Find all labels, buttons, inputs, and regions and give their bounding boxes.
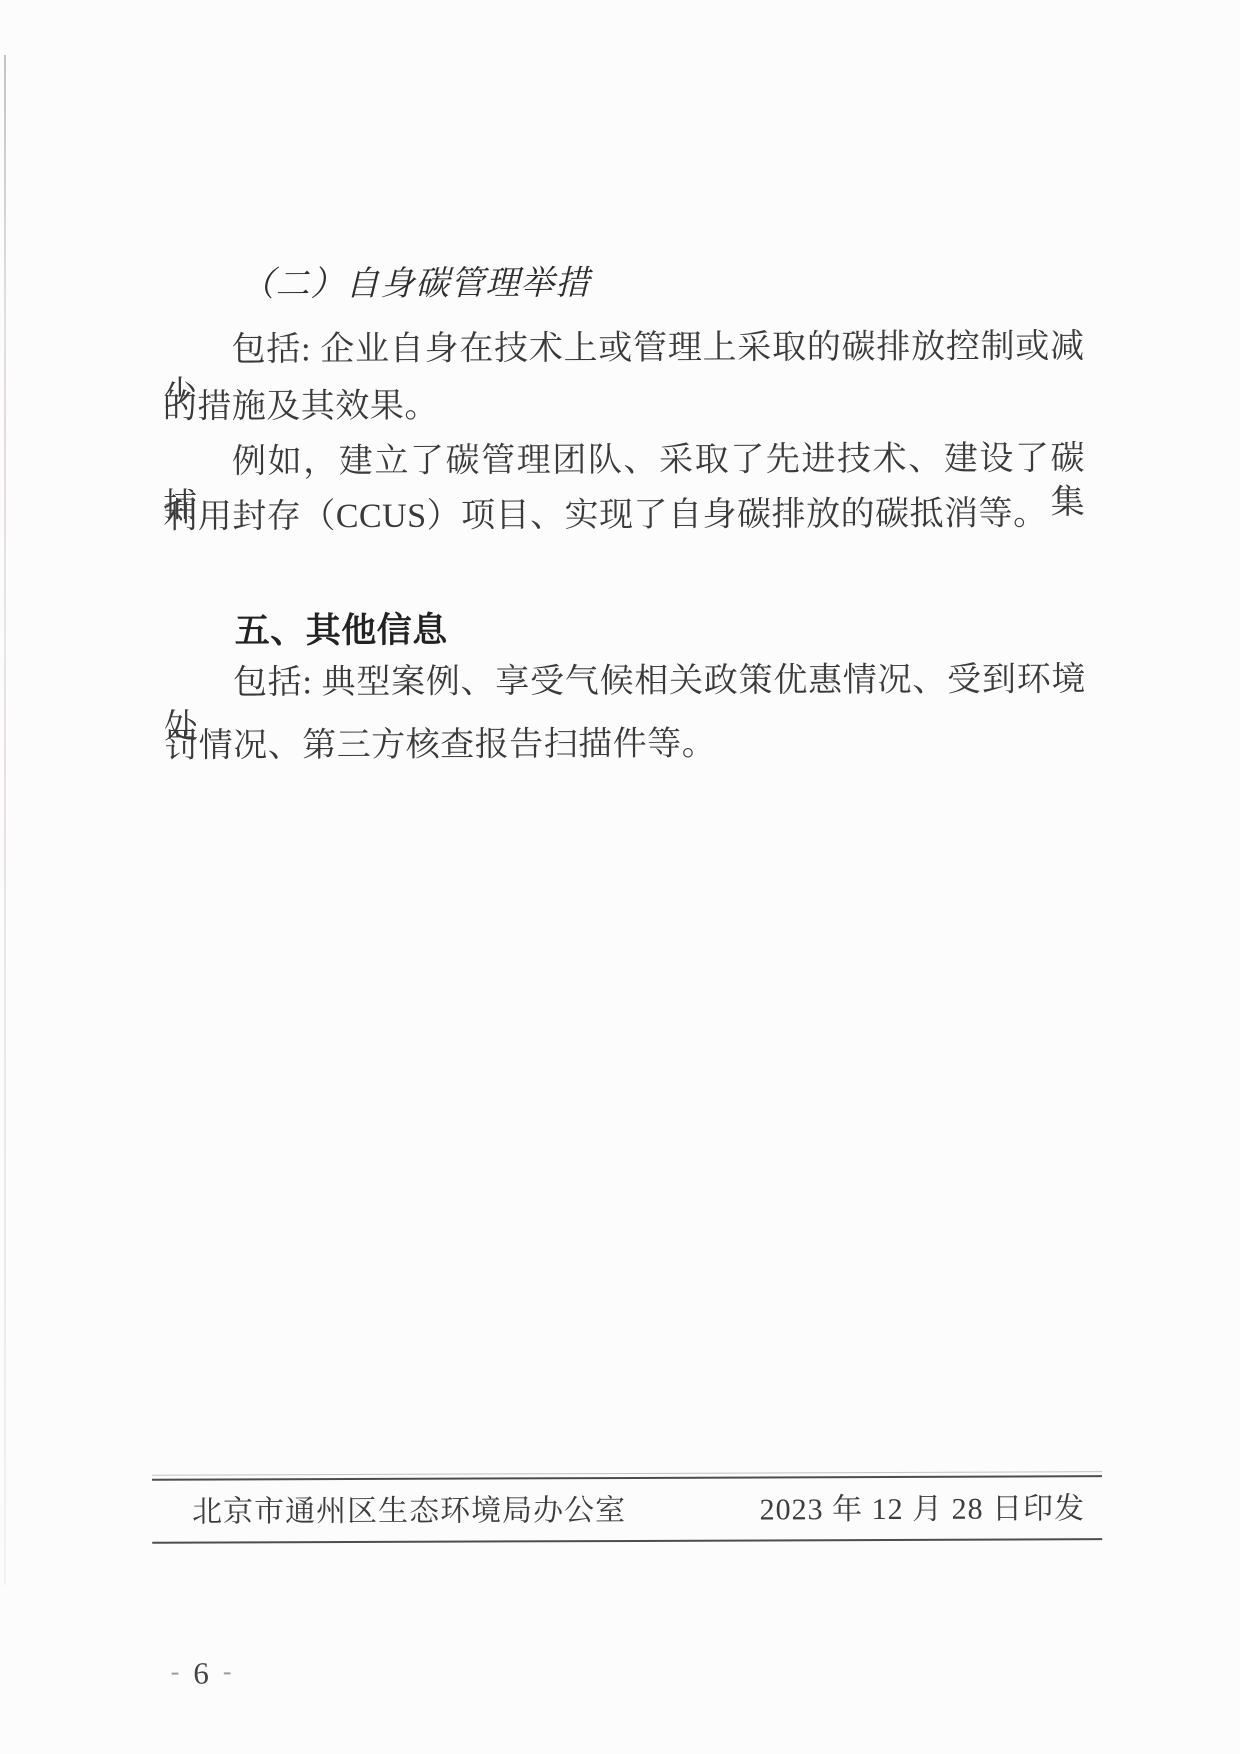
- para-2-line-2: 利用封存（CCUS）项目、实现了自身碳排放的碳抵消等。: [163, 492, 1085, 540]
- issuing-office: 北京市通州区生态环境局办公室: [192, 1492, 626, 1532]
- page-number-dash-left: -: [171, 1657, 180, 1687]
- colophon-divider-bottom: [152, 1538, 1102, 1544]
- section-5-heading: 五、其他信息: [235, 609, 448, 654]
- page-number-value: 6: [193, 1656, 209, 1692]
- section-2-heading: （二）自身碳管理举措: [240, 262, 590, 307]
- page-number: - 6 -: [171, 1655, 232, 1691]
- document-page: （二）自身碳管理举措 包括: 企业自身在技术上或管理上采取的碳排放控制或减少 的…: [0, 0, 1240, 1754]
- page-number-dash-right: -: [223, 1656, 232, 1686]
- para-1-line-2: 的措施及其效果。: [163, 382, 1085, 430]
- colophon-divider-top: [152, 1475, 1102, 1481]
- print-date: 2023 年 12 月 28 日印发: [760, 1490, 1086, 1529]
- para-3-line-2: 罚情况、第三方核查报告扫描件等。: [164, 721, 1086, 769]
- scanned-content: （二）自身碳管理举措 包括: 企业自身在技术上或管理上采取的碳排放控制或减少 的…: [0, 0, 1240, 1754]
